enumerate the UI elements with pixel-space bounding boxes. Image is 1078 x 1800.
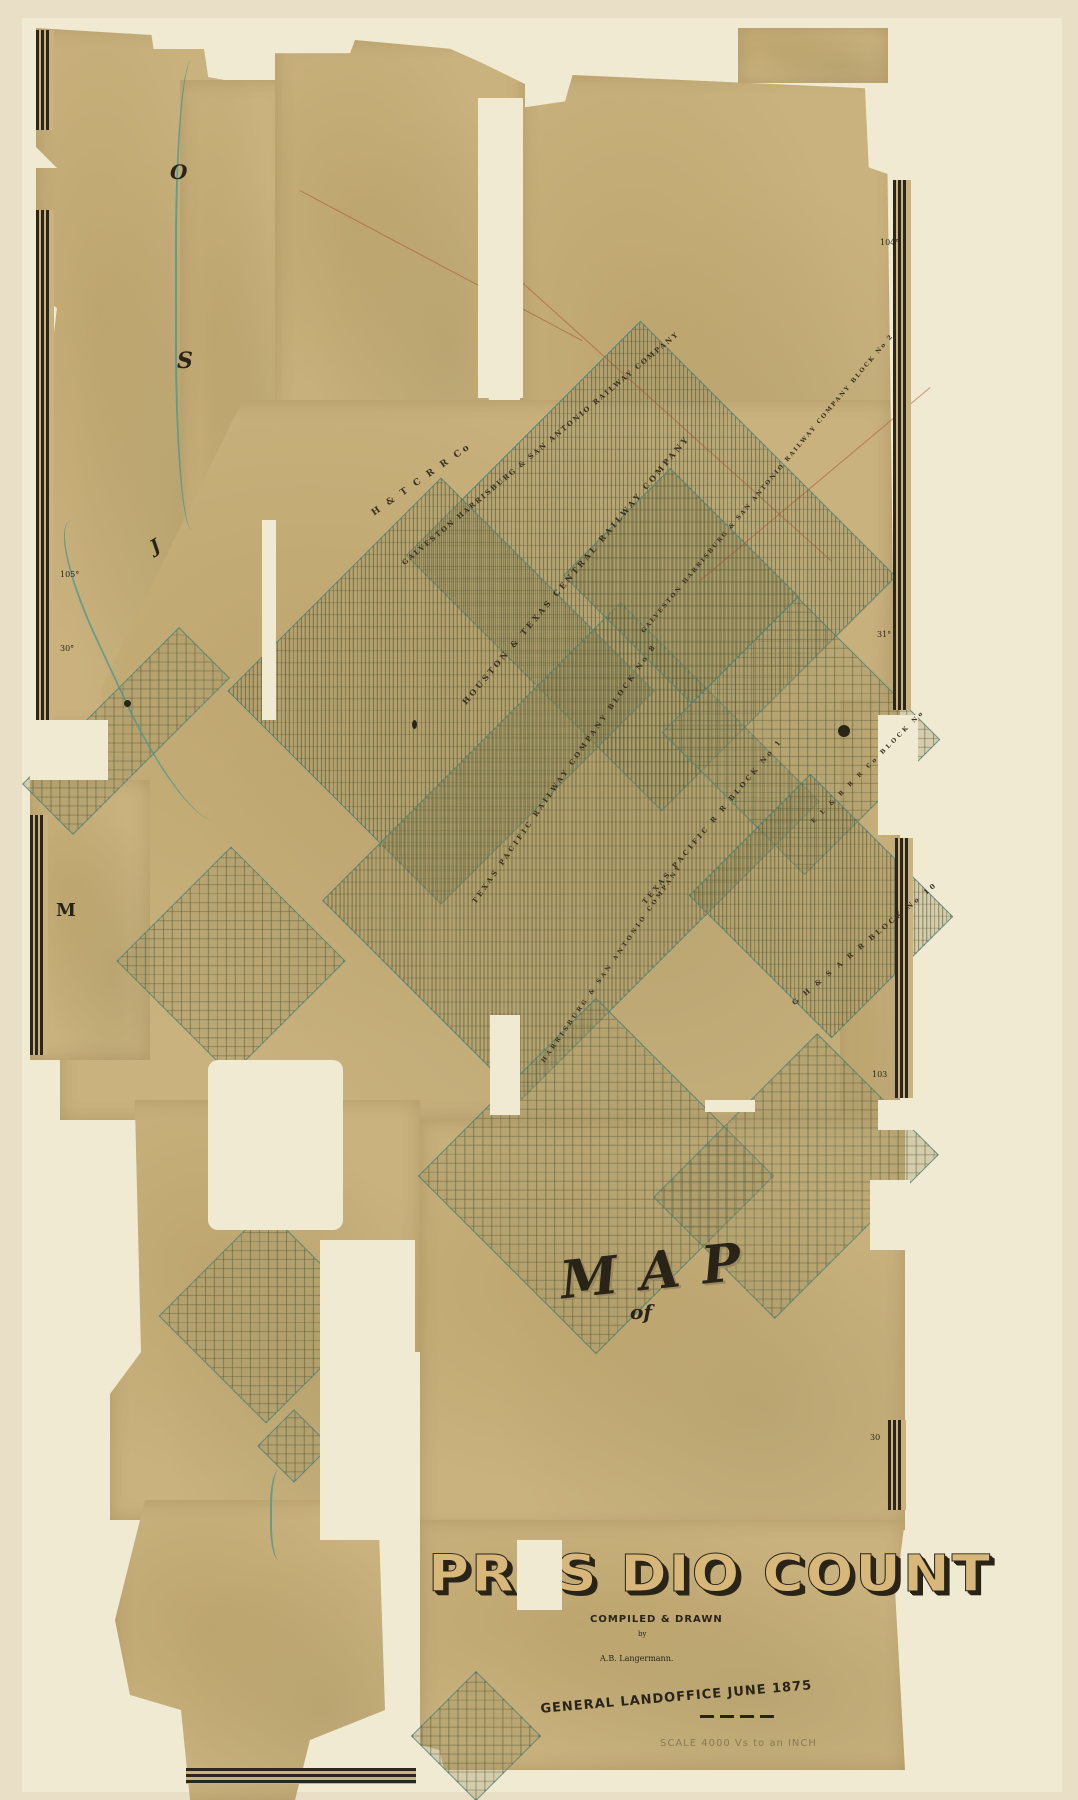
ink-blot [838, 725, 850, 737]
title-compiled-drawn: COMPILED & DRAWN [590, 1614, 723, 1625]
border-left-upper [36, 210, 54, 720]
border-right-upper [893, 180, 911, 710]
title-by: by [638, 1630, 646, 1638]
title-author: A.B. Langermann. [600, 1654, 673, 1663]
latitude-label-30-right: 30 [870, 1433, 880, 1442]
border-right-lower [895, 838, 913, 1098]
scale-bar-segment [720, 1715, 734, 1718]
glyph-s: S [177, 348, 193, 374]
paper-fragment-left-mid [30, 780, 150, 1060]
ink-blot [124, 700, 131, 707]
river-bottom [270, 1470, 292, 1560]
title-presidio-county: PRES DIO COUNT [428, 1545, 992, 1604]
scale-bar-segment [740, 1715, 754, 1718]
longitude-label-105: 105° [60, 570, 79, 579]
scale-bar-segment [700, 1715, 714, 1718]
tear-lower-mid [490, 1015, 520, 1115]
paper-fragment-top-right-strip [738, 28, 888, 83]
tear-top-center [478, 98, 523, 398]
title-of: of [630, 1300, 652, 1324]
border-left-lower [30, 815, 48, 1055]
glyph-o: O [170, 160, 187, 184]
rio-grande-river-upper [175, 60, 217, 530]
tear-right-small [705, 1100, 755, 1112]
ink-blot [412, 720, 417, 729]
latitude-label-31: 31° [877, 630, 891, 639]
tear-center-vertical [262, 520, 276, 720]
border-left-top [36, 30, 54, 130]
border-bottom [186, 1768, 416, 1784]
tear-gap-lower [320, 1240, 415, 1540]
tear-right-edge-2 [878, 1100, 918, 1130]
tear-hole-lower [208, 1060, 343, 1230]
tear-title [517, 1540, 562, 1610]
tear-left-edge [30, 720, 108, 780]
glyph-m: M [56, 900, 76, 921]
scale-text: SCALE 4000 Vs to an INCH [660, 1738, 817, 1749]
tear-right-edge-3 [870, 1180, 910, 1250]
border-right-bottom [888, 1420, 906, 1510]
scale-bar-segment [760, 1715, 774, 1718]
latitude-label-30-left: 30° [60, 644, 74, 653]
longitude-label-104: 104° [880, 238, 899, 247]
longitude-label-103: 103 [872, 1070, 887, 1079]
